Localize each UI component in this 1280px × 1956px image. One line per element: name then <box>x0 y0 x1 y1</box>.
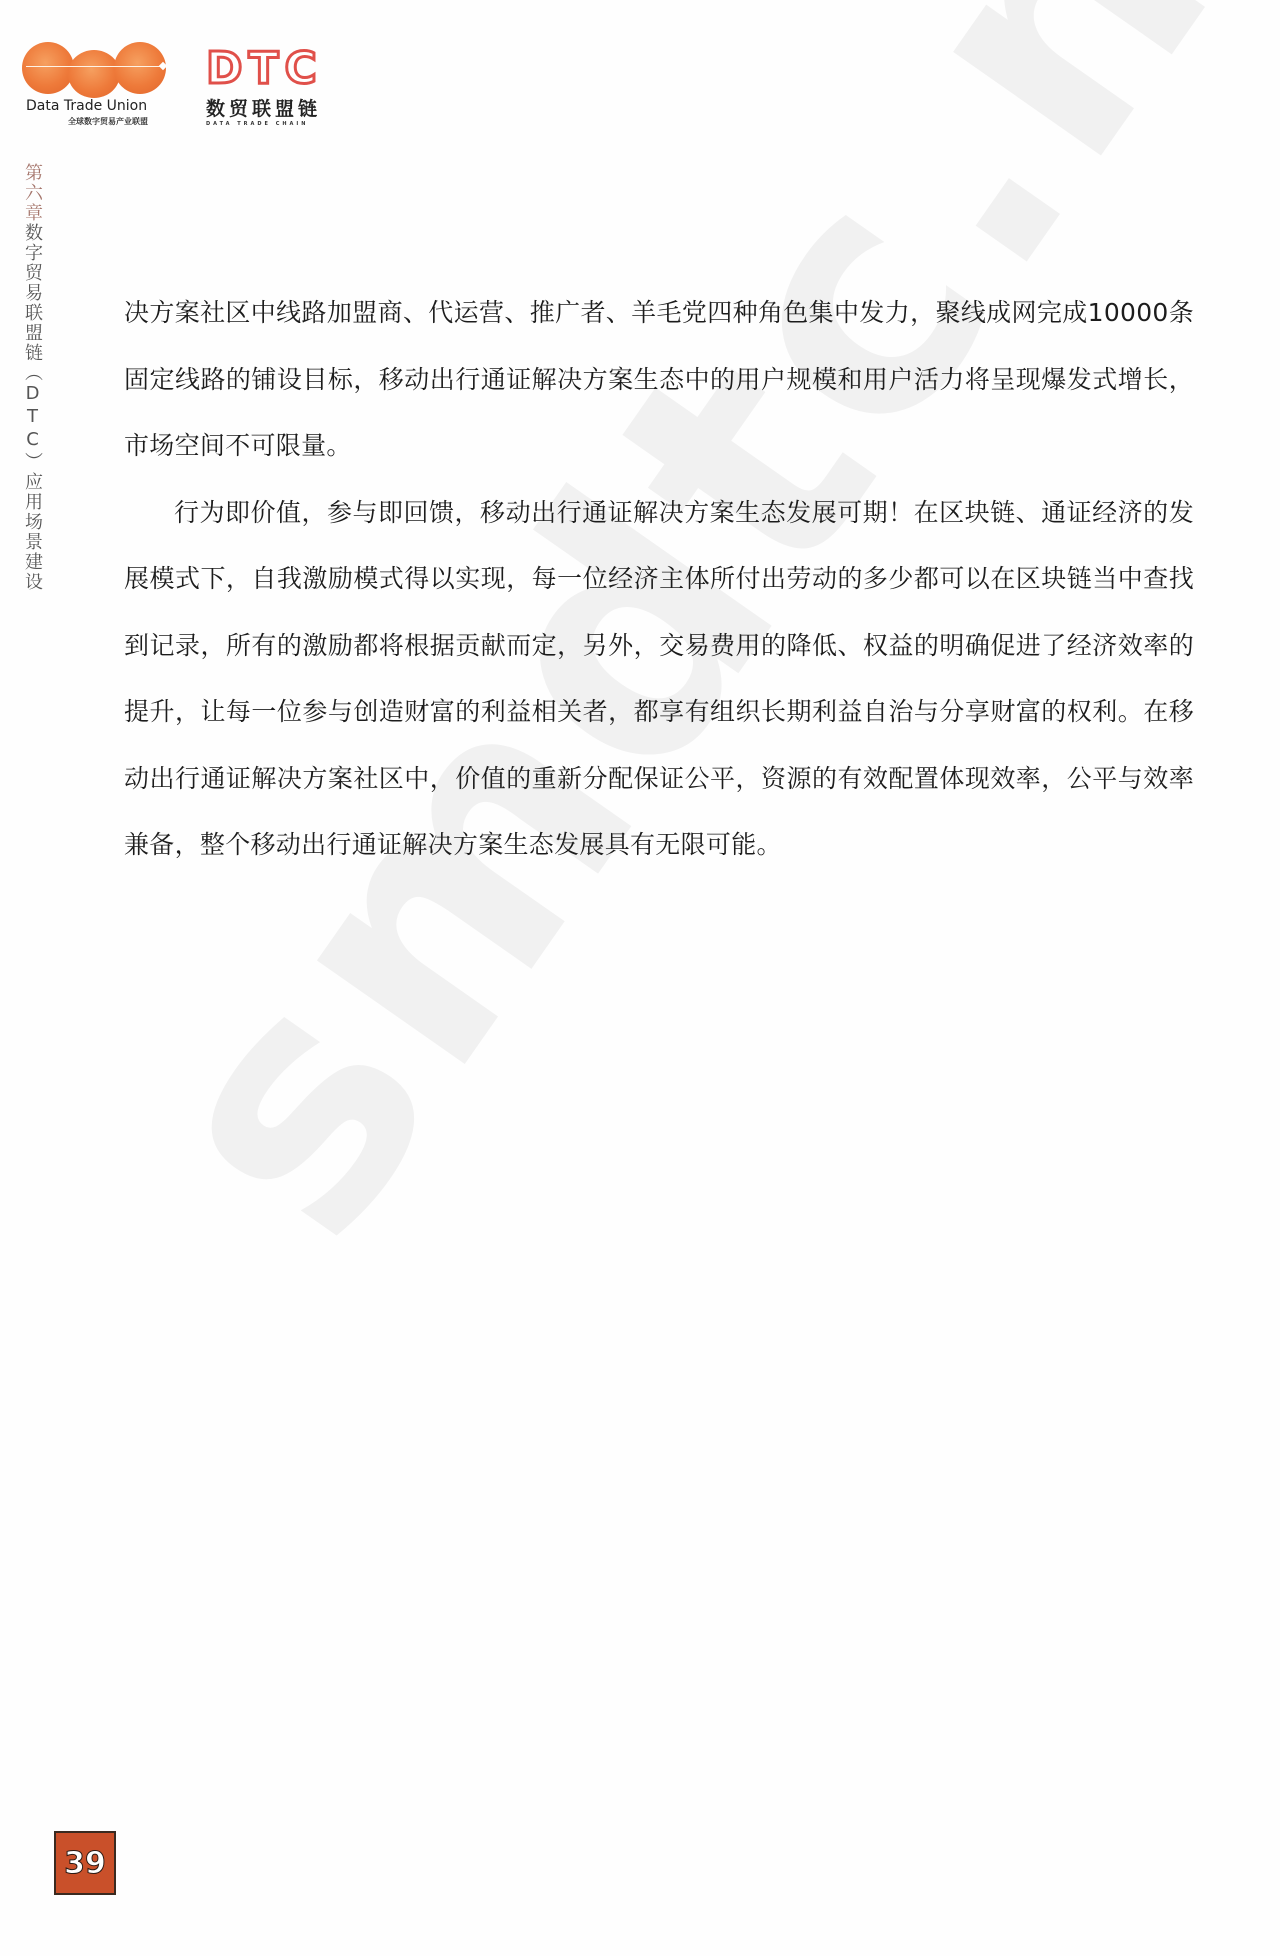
dtu-logo-subtitle: 全球数字贸易产业联盟 <box>68 116 148 127</box>
document-page: smdtc.net Data Trade Union 全球数字贸易产业联盟 DT… <box>0 0 1280 1956</box>
body-content: 决方案社区中线路加盟商、代运营、推广者、羊毛党四种角色集中发力，聚线成网完成10… <box>124 280 1194 879</box>
data-trade-union-logo: Data Trade Union 全球数字贸易产业联盟 <box>20 36 170 128</box>
logo-circle-icon <box>114 42 166 94</box>
page-number-badge: 39 <box>54 1831 116 1895</box>
logo-circle-icon <box>22 42 74 94</box>
dtc-logo-mark: DTC <box>206 46 356 92</box>
chapter-number: 第六章 <box>22 163 43 223</box>
dtu-circles-icon <box>20 36 170 92</box>
chapter-title: 数字贸易联盟链（DTC）应用场景建设 <box>22 223 43 592</box>
paragraph: 行为即价值，参与即回馈，移动出行通证解决方案生态发展可期！在区块链、通证经济的发… <box>124 480 1194 879</box>
logo-line <box>26 66 162 67</box>
paragraph-continued: 决方案社区中线路加盟商、代运营、推广者、羊毛党四种角色集中发力，聚线成网完成10… <box>124 280 1194 480</box>
dtu-logo-name: Data Trade Union <box>26 98 147 114</box>
dtc-logo-name-cn: 数贸联盟链 <box>206 94 356 121</box>
dtc-logo: DTC 数贸联盟链 DATA TRADE CHAIN <box>206 46 356 128</box>
chapter-side-label: 第六章数字贸易联盟链（DTC）应用场景建设 <box>20 163 44 592</box>
logo-circle-icon <box>68 50 120 98</box>
dtc-logo-name-en: DATA TRADE CHAIN <box>206 121 356 127</box>
